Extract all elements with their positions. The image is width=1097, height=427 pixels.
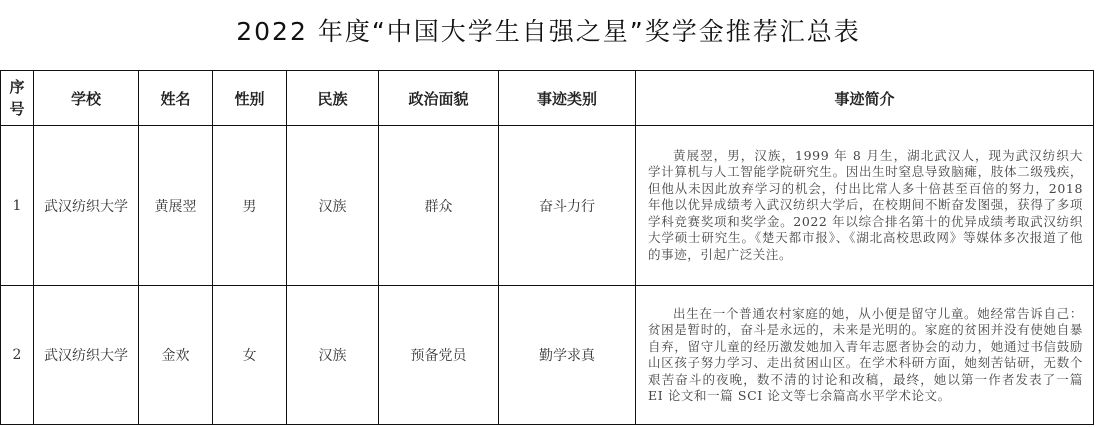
cell-description: 出生在一个普通农村家庭的她，从小便是留守儿童。她经常告诉自己：贫困是暂时的，奋斗… [636,286,1094,425]
header-school: 学校 [34,71,139,126]
cell-index: 2 [1,286,34,425]
table-row: 1 武汉纺织大学 黄展翌 男 汉族 群众 奋斗力行 黄展翌，男，汉族，1999 … [1,126,1094,286]
cell-ethnicity: 汉族 [287,286,379,425]
description-text: 出生在一个普通农村家庭的她，从小便是留守儿童。她经常告诉自己：贫困是暂时的，奋斗… [648,306,1083,405]
header-seq-line-2: 号 [1,98,33,120]
cell-ethnicity: 汉族 [287,126,379,286]
cell-name: 金欢 [139,286,213,425]
cell-index: 1 [1,126,34,286]
cell-category: 奋斗力行 [499,126,636,286]
cell-gender: 男 [213,126,287,286]
cell-gender: 女 [213,286,287,425]
cell-description: 黄展翌，男，汉族，1999 年 8 月生，湖北武汉人，现为武汉纺织大学计算机与人… [636,126,1094,286]
description-text: 黄展翌，男，汉族，1999 年 8 月生，湖北武汉人，现为武汉纺织大学计算机与人… [648,148,1083,264]
cell-category: 勤学求真 [499,286,636,425]
header-category: 事迹类别 [499,71,636,126]
cell-name: 黄展翌 [139,126,213,286]
header-row: 序 号 学校 姓名 性别 民族 政治面貌 事迹类别 事迹简介 [1,71,1094,126]
cell-political-status: 群众 [379,126,499,286]
header-seq-line-1: 序 [1,76,33,98]
document-title: 2022 年度“中国大学生自强之星”奖学金推荐汇总表 [0,12,1097,48]
header-name: 姓名 [139,71,213,126]
header-gender: 性别 [213,71,287,126]
header-political-status: 政治面貌 [379,71,499,126]
cell-school: 武汉纺织大学 [34,126,139,286]
recommendation-summary-table: 序 号 学校 姓名 性别 民族 政治面貌 事迹类别 事迹简介 1 武汉纺织大学 … [0,70,1094,425]
header-description: 事迹简介 [636,71,1094,126]
header-ethnicity: 民族 [287,71,379,126]
header-seq: 序 号 [1,71,34,126]
cell-school: 武汉纺织大学 [34,286,139,425]
table-row: 2 武汉纺织大学 金欢 女 汉族 预备党员 勤学求真 出生在一个普通农村家庭的她… [1,286,1094,425]
cell-political-status: 预备党员 [379,286,499,425]
